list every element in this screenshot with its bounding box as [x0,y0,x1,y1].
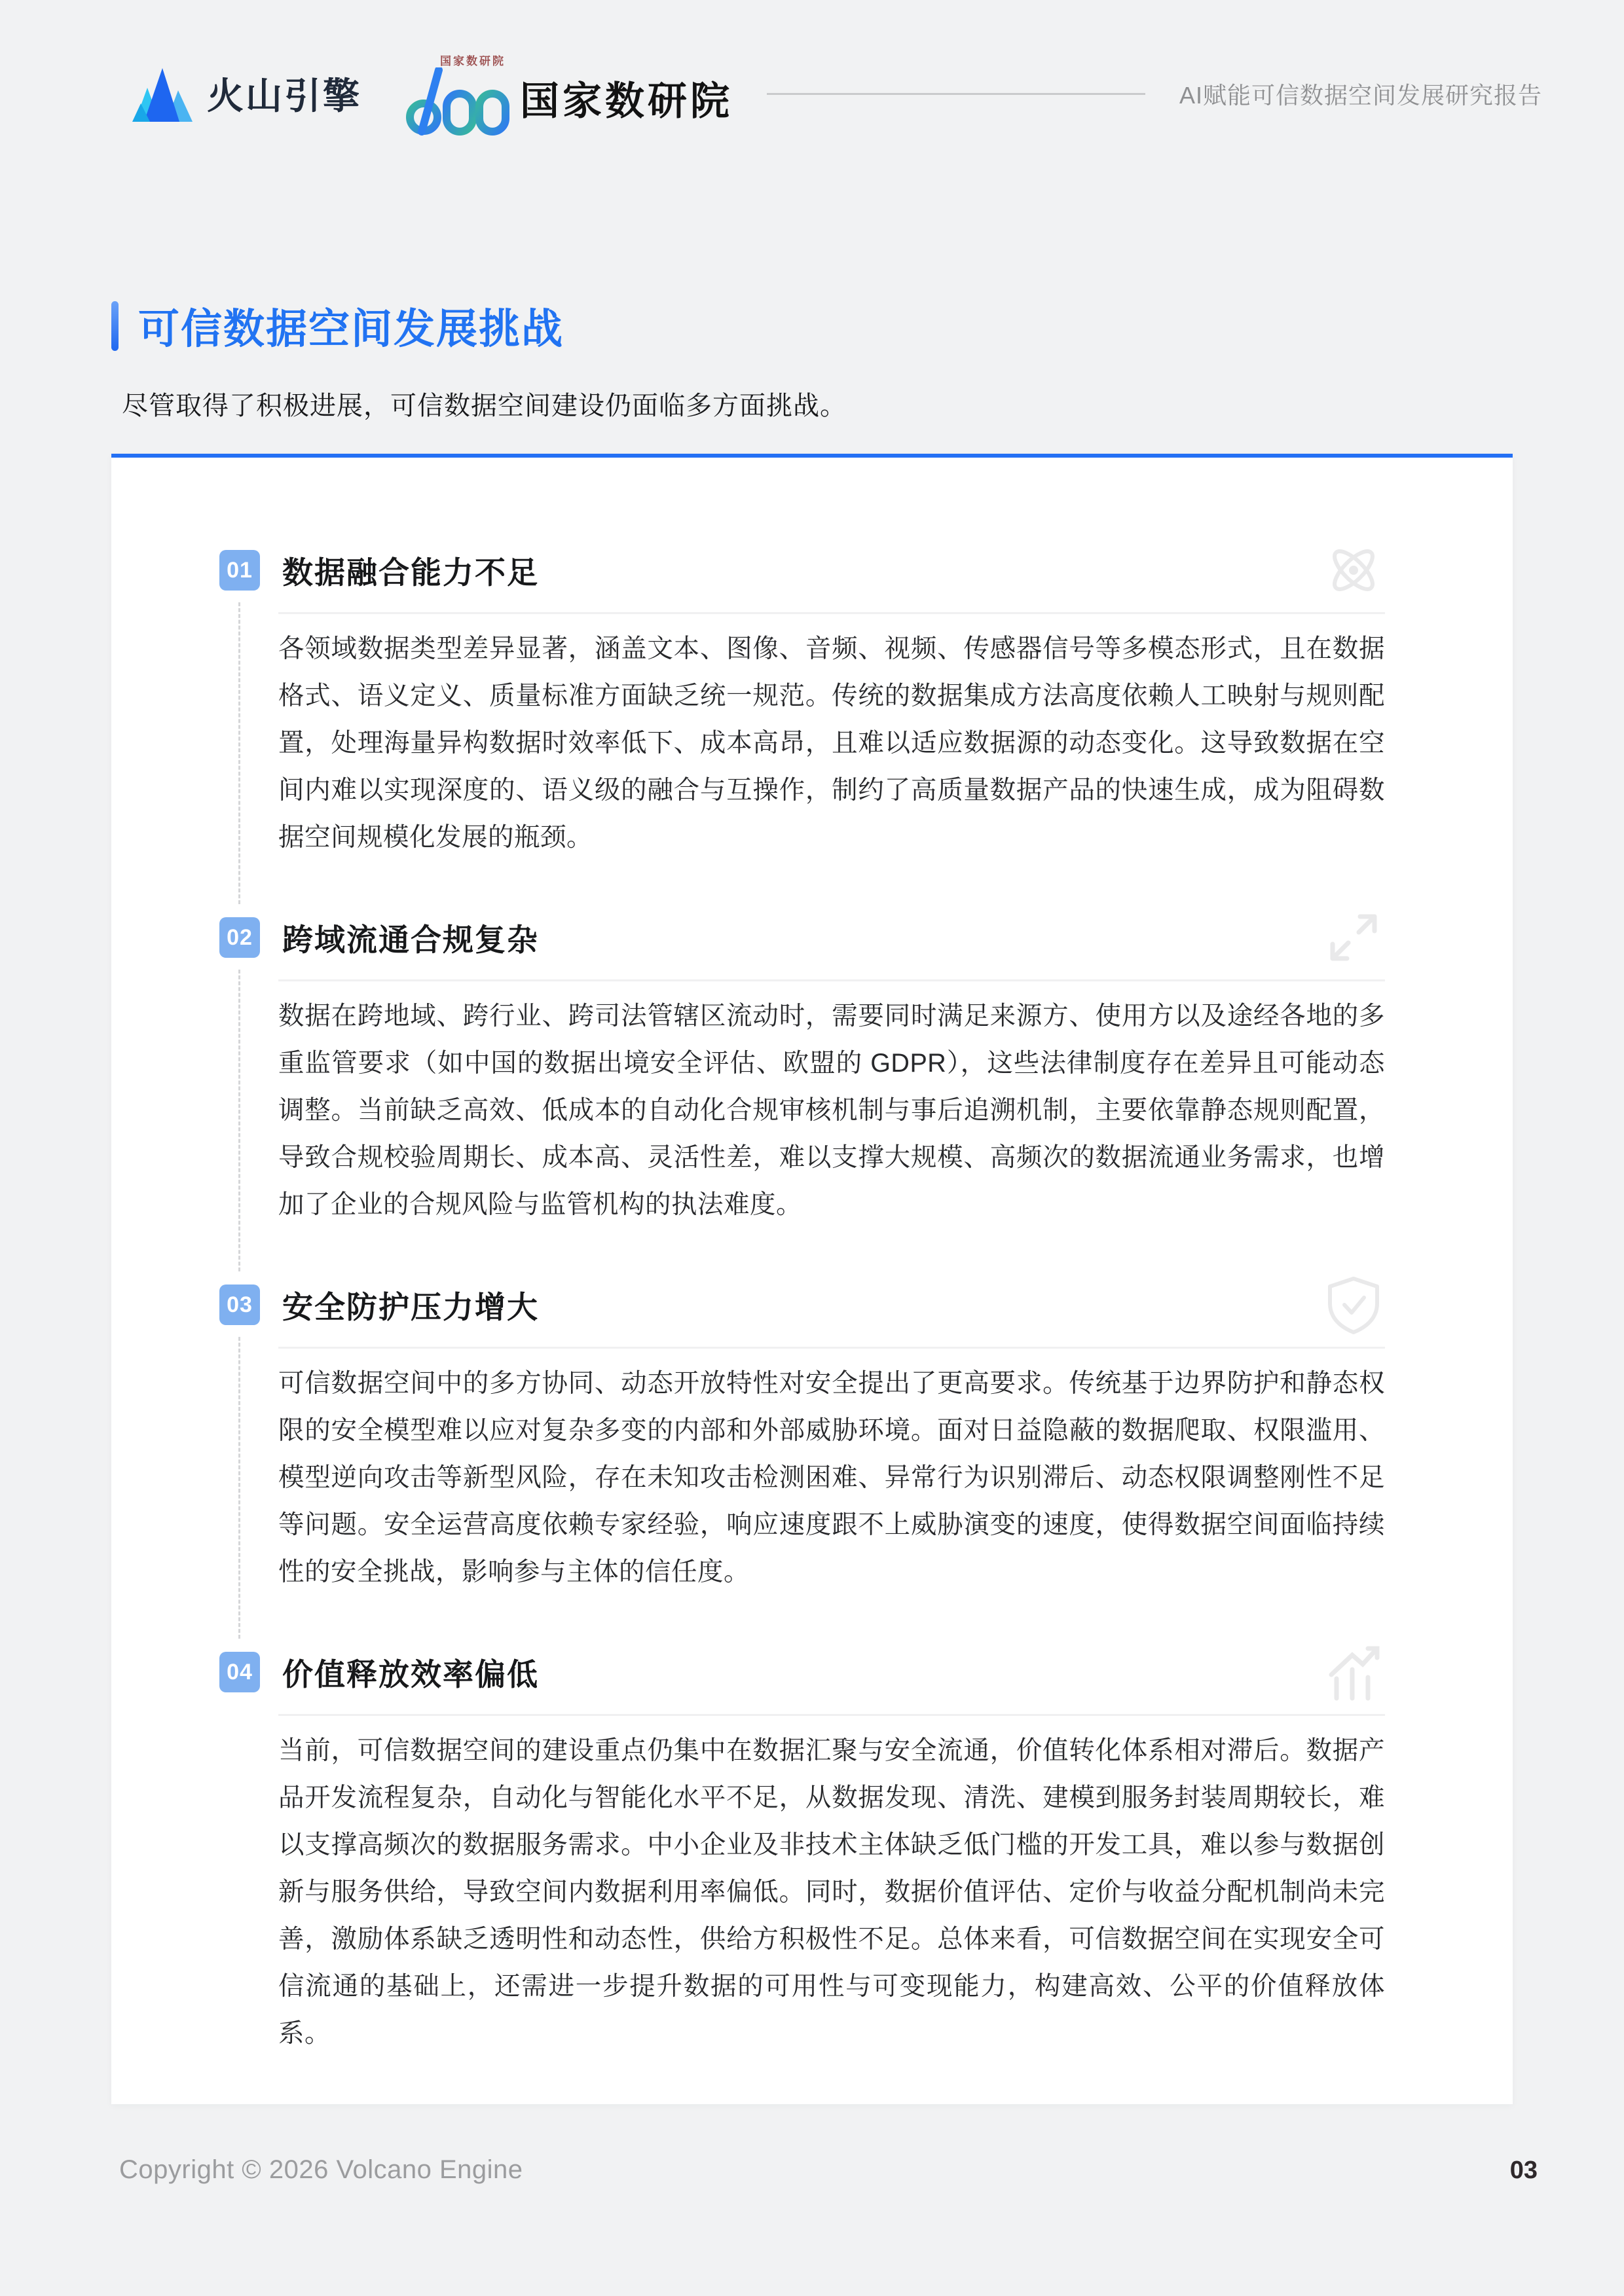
body-divider [278,1347,1385,1349]
number-badge: 03 [219,1285,260,1325]
timeline-connector [238,1337,240,1639]
timeline-connector [238,602,240,904]
section-title-block: 可信数据空间发展挑战 [111,296,564,355]
number-badge: 02 [219,917,260,958]
challenge-body: 各领域数据类型差异显著，涵盖文本、图像、音频、视频、传感器信号等多模态形式，且在… [278,612,1385,861]
brand-primary-text: 火山引擎 [207,67,361,120]
challenge-section-4: 04 价值释放效率偏低 当前，可信数据空间的建设重点仍集中在数据汇聚与安全流通，… [219,1652,1385,2057]
body-divider [278,612,1385,614]
challenge-title: 安全防护压力增大 [282,1283,539,1327]
challenge-body: 当前，可信数据空间的建设重点仍集中在数据汇聚与安全流通，价值转化体系相对滞后。数… [278,1714,1385,2057]
challenges-card: 01 数据融合能力不足 各领域数据类型差异显著，涵盖文本、图像、音频、视频、传感… [111,454,1513,2104]
d100-logo-mark: 国家数研院 [406,52,509,136]
challenge-section-2: 02 跨域流通合规复杂 数据在跨地域、跨行业、跨司法管辖区流动时，需要同时满足来… [219,917,1385,1228]
number-badge: 04 [219,1652,260,1692]
atom-icon [1322,539,1385,602]
challenge-header: 01 数据融合能力不足 [219,550,1385,591]
challenge-text: 数据在跨地域、跨行业、跨司法管辖区流动时，需要同时满足来源方、使用方以及途经各地… [278,993,1385,1228]
timeline-connector [238,970,240,1271]
intro-text: 尽管取得了积极进展，可信数据空间建设仍面临多方面挑战。 [122,385,847,422]
page-title: 可信数据空间发展挑战 [138,296,564,355]
challenge-title: 数据融合能力不足 [282,549,539,592]
d100-glyph [406,67,509,136]
challenge-section-3: 03 安全防护压力增大 可信数据空间中的多方协同、动态开放特性对安全提出了更高要… [219,1285,1385,1595]
page-header: 火山引擎 国家数研院 国家数研院 AI赋能可信数据空 [131,58,1542,130]
challenge-section-1: 01 数据融合能力不足 各领域数据类型差异显著，涵盖文本、图像、音频、视频、传感… [219,550,1385,861]
challenge-body: 数据在跨地域、跨行业、跨司法管辖区流动时，需要同时满足来源方、使用方以及途经各地… [278,979,1385,1228]
brand-secondary-text: 国家数研院 [520,70,733,136]
challenge-text: 各领域数据类型差异显著，涵盖文本、图像、音频、视频、传感器信号等多模态形式，且在… [278,625,1385,861]
number-badge: 01 [219,550,260,591]
data-institute-logo: 国家数研院 国家数研院 [406,52,733,136]
challenge-header: 02 跨域流通合规复杂 [219,917,1385,958]
challenge-text: 可信数据空间中的多方协同、动态开放特性对安全提出了更高要求。传统基于边界防护和静… [278,1360,1385,1595]
challenge-title: 价值释放效率偏低 [282,1650,539,1694]
challenge-header: 04 价值释放效率偏低 [219,1652,1385,1692]
body-divider [278,1714,1385,1716]
page-number: 03 [1510,2157,1538,2185]
logo-mark-small-text: 国家数研院 [440,52,506,68]
report-tagline: AI赋能可信数据空间发展研究报告 [1179,77,1542,111]
challenge-body: 可信数据空间中的多方协同、动态开放特性对安全提出了更高要求。传统基于边界防护和静… [278,1347,1385,1595]
volcano-engine-logo: 火山引擎 [131,65,361,122]
challenge-header: 03 安全防护压力增大 [219,1285,1385,1325]
footer-copyright: Copyright © 2026 Volcano Engine [119,2155,523,2185]
chart-growth-icon [1322,1641,1385,1704]
body-divider [278,979,1385,981]
mountain-icon [131,65,194,122]
header-divider-line [767,93,1145,95]
shield-check-icon [1322,1273,1385,1336]
challenge-text: 当前，可信数据空间的建设重点仍集中在数据汇聚与安全流通，价值转化体系相对滞后。数… [278,1727,1385,2057]
challenge-title: 跨域流通合规复杂 [282,916,539,960]
expand-arrows-icon [1322,906,1385,969]
title-accent-bar [111,301,119,351]
